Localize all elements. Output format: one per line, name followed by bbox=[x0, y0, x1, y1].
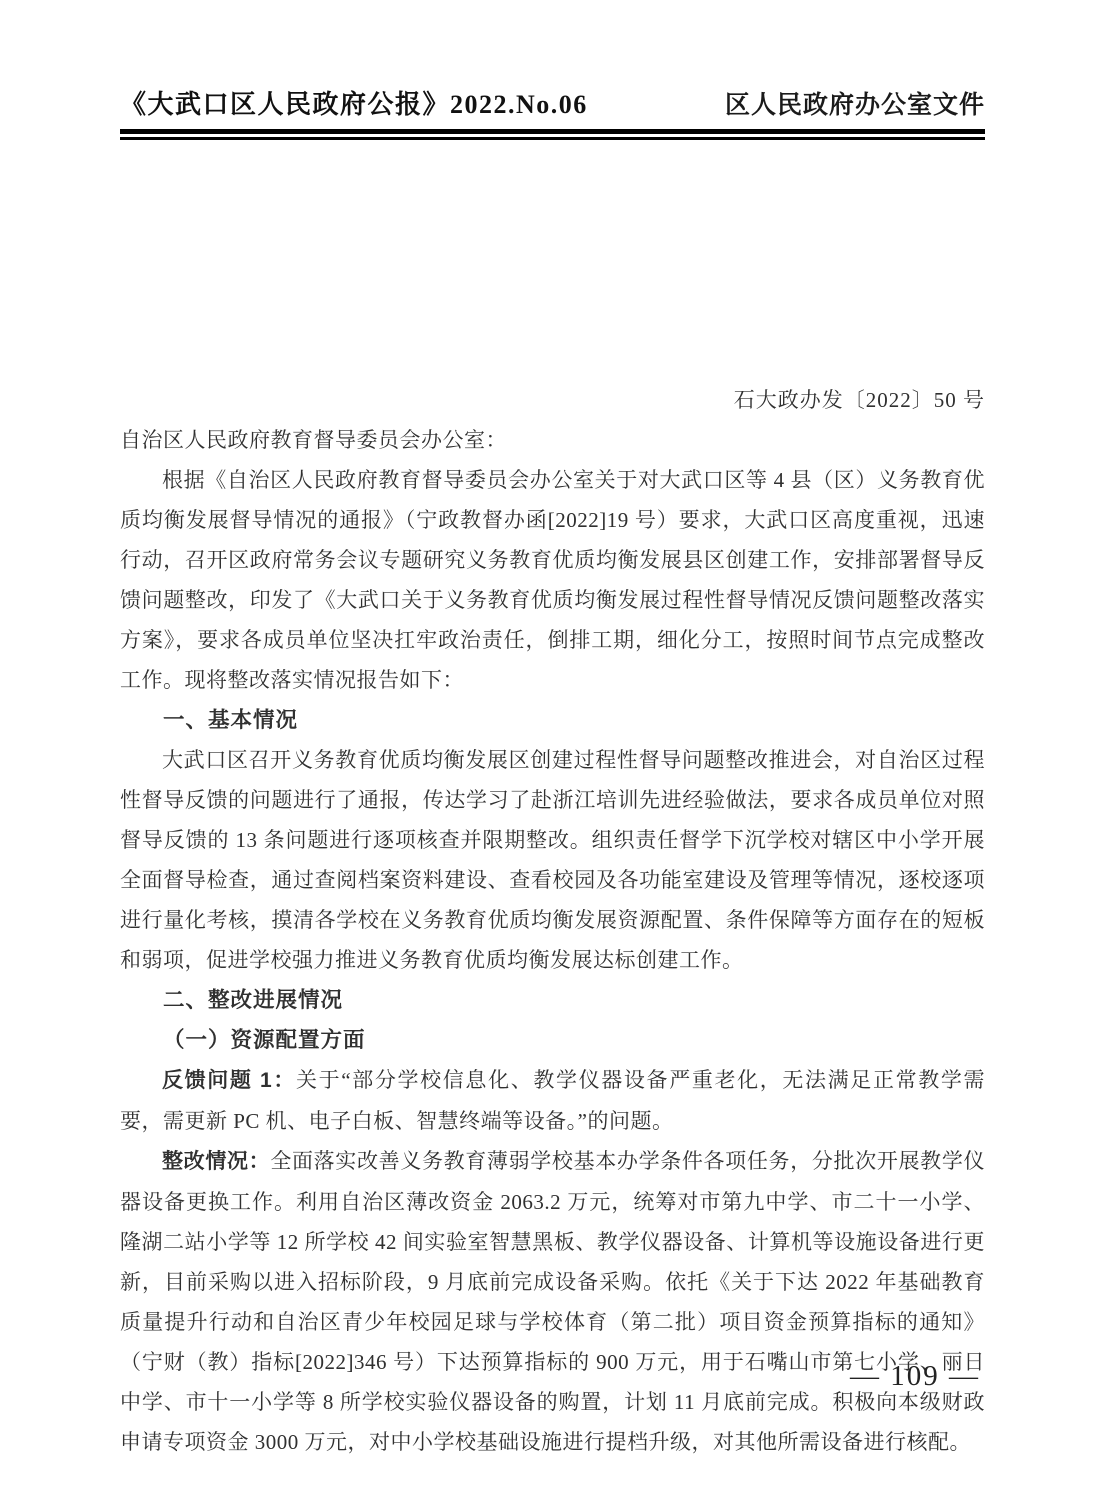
page-header: 《大武口区人民政府公报》2022.No.06 区人民政府办公室文件 bbox=[120, 0, 985, 121]
gazette-title: 《大武口区人民政府公报》2022.No.06 bbox=[120, 84, 588, 121]
document-page: 《大武口区人民政府公报》2022.No.06 区人民政府办公室文件 石大政办发〔… bbox=[0, 0, 1105, 1489]
document-body: 自治区人民政府教育督导委员会办公室： 根据《自治区人民政府教育督导委员会办公室关… bbox=[120, 420, 985, 1462]
feedback-issue-paragraph: 反馈问题 1：关于“部分学校信息化、教学仪器设备严重老化，无法满足正常教学需要，… bbox=[120, 1060, 985, 1141]
page-number: — 109 — bbox=[850, 1360, 980, 1393]
rectification-text: 全面落实改善义务教育薄弱学校基本办学条件各项任务，分批次开展教学仪器设备更换工作… bbox=[120, 1149, 985, 1454]
rectification-label: 整改情况： bbox=[162, 1150, 270, 1173]
section-1-body: 大武口区召开义务教育优质均衡发展区创建过程性督导问题整改推进会，对自治区过程性督… bbox=[120, 740, 985, 980]
section-1-heading: 一、基本情况 bbox=[120, 700, 985, 740]
header-double-rule bbox=[120, 129, 985, 140]
subsection-1-heading: （一）资源配置方面 bbox=[120, 1020, 985, 1060]
feedback-issue-label: 反馈问题 1： bbox=[162, 1069, 296, 1092]
doc-type-label: 区人民政府办公室文件 bbox=[725, 85, 985, 121]
document-number: 石大政办发〔2022〕50 号 bbox=[120, 380, 985, 420]
salutation: 自治区人民政府教育督导委员会办公室： bbox=[120, 420, 985, 460]
intro-paragraph: 根据《自治区人民政府教育督导委员会办公室关于对大武口区等 4 县（区）义务教育优… bbox=[120, 460, 985, 700]
rectification-paragraph: 整改情况：全面落实改善义务教育薄弱学校基本办学条件各项任务，分批次开展教学仪器设… bbox=[120, 1141, 985, 1462]
section-2-heading: 二、整改进展情况 bbox=[120, 980, 985, 1020]
